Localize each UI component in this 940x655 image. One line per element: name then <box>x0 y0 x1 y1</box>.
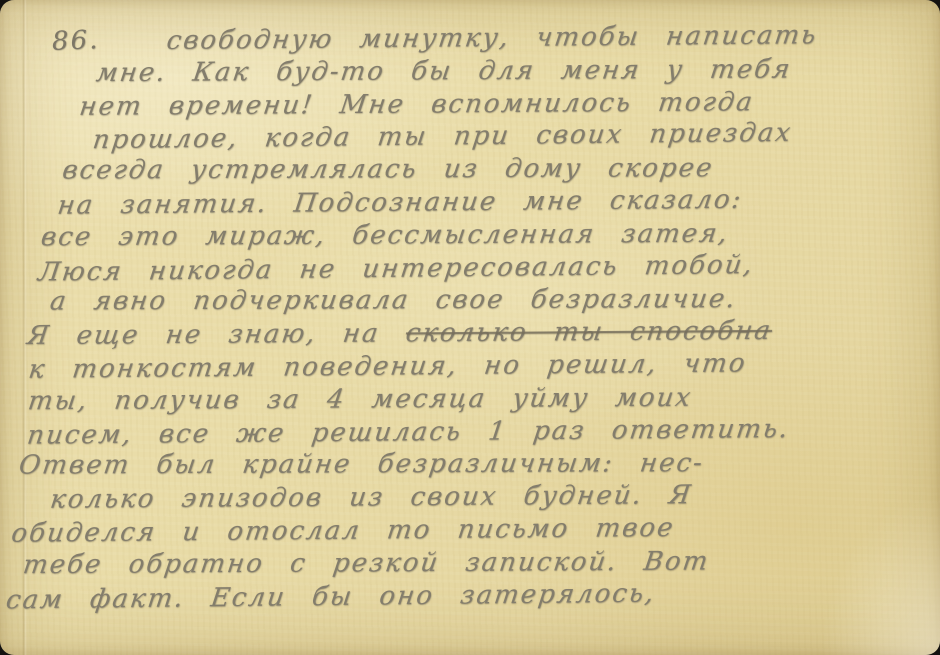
line-text: свободную минутку, чтобы написать <box>165 20 820 56</box>
line-text: а явно подчеркивала свое безразличие. <box>48 284 739 316</box>
line-text: писем, все же решилась 1 раз ответить. <box>25 414 791 451</box>
line-text: сам факт. Если бы оно затерялось, <box>4 578 657 615</box>
line-text: мне. Как буд-то бы для меня у тебя <box>94 54 793 88</box>
struck-text: сколько ты способна <box>404 316 774 349</box>
handwritten-line: всегда устремлялась из дому скорее <box>18 152 940 188</box>
line-text: прошлое, когда ты при своих приездах <box>91 118 794 155</box>
handwritten-line: мне. Как буд-то бы для меня у тебя <box>32 52 940 90</box>
line-text: обиделся и отослал то письмо твое <box>10 513 677 549</box>
letter-page: 86. свободную минутку, чтобы написать мн… <box>0 0 940 655</box>
handwritten-line: Ответ был крайне безразличным: нес- <box>0 447 914 483</box>
line-text: колько эпизодов из своих будней. Я <box>48 480 694 514</box>
line-text: все это мираж, бессмысленная затея, <box>39 218 731 252</box>
line-text: всегда устремлялась из дому скорее <box>61 153 716 185</box>
handwritten-line: а явно подчеркивала свое безразличие. <box>0 283 937 319</box>
line-text: к тонкостям поведения, но решил, что <box>27 348 749 384</box>
line-text: нет времени! Мне вспомнилось тогда <box>78 87 756 122</box>
line-text: ты, получив за 4 месяца уйму моих <box>26 383 694 416</box>
letter-body: свободную минутку, чтобы написать мне. К… <box>0 22 940 612</box>
line-text: Люся никогда не интересовалась тобой, <box>36 250 755 287</box>
line-text: на занятия. Подсознание мне сказало: <box>56 185 745 221</box>
line-text: Ответ был крайне безразличным: нес- <box>17 448 706 480</box>
line-text: тебе обратно с резкой запиской. Вот <box>21 546 711 580</box>
line-text: Я еще не знаю, на <box>25 319 408 352</box>
